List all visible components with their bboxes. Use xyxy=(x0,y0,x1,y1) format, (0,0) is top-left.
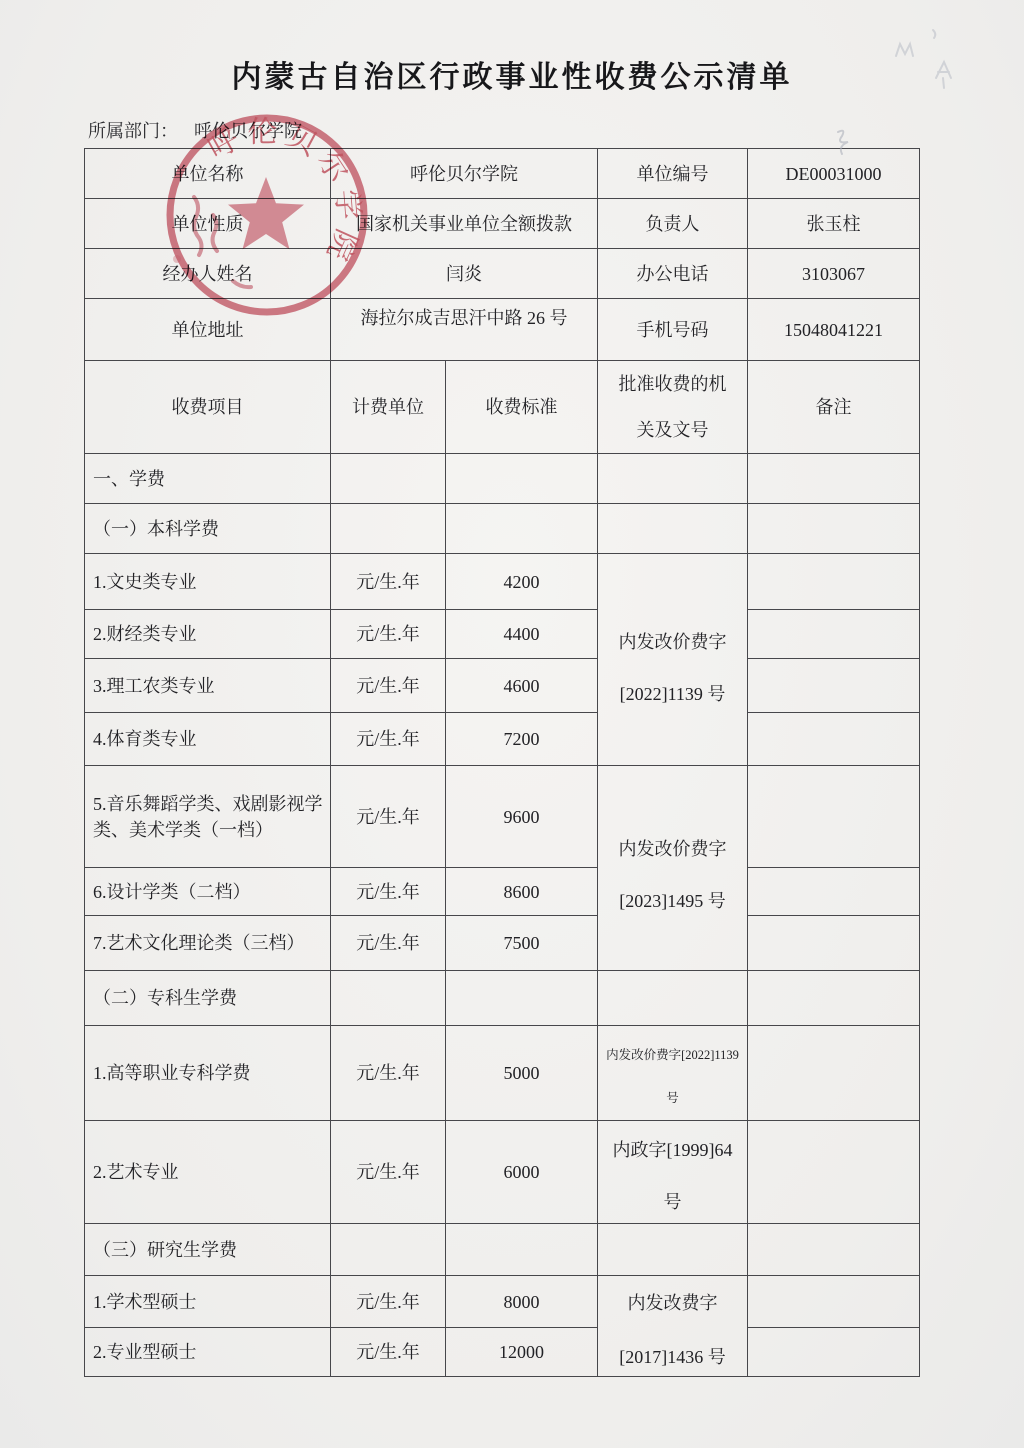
fee-value: 8000 xyxy=(446,1276,598,1328)
fee-row: 2.艺术专业 元/生.年 6000 内政字[1999]64 号 xyxy=(85,1121,920,1224)
authority-line1: 内发改费字 xyxy=(628,1290,718,1316)
fee-row: 1.文史类专业 元/生.年 4200 内发改价费字 [2022]1139 号 xyxy=(85,554,920,610)
fee-item: 1.学术型硕士 xyxy=(85,1276,331,1328)
empty-cell xyxy=(446,504,598,554)
subsection-undergrad: （一）本科学费 xyxy=(85,504,331,554)
fee-value: 12000 xyxy=(446,1328,598,1377)
fee-value: 7200 xyxy=(446,713,598,766)
fee-item: 3.理工农类专业 xyxy=(85,659,331,713)
col-header-item: 收费项目 xyxy=(85,361,331,454)
fee-item: 1.高等职业专科学费 xyxy=(85,1026,331,1121)
empty-cell xyxy=(598,971,748,1026)
fee-value: 4600 xyxy=(446,659,598,713)
fee-item: 7.艺术文化理论类（三档） xyxy=(85,916,331,971)
remark-cell xyxy=(748,1026,920,1121)
authority-cell-2017: 内发改费字 [2017]1436 号 xyxy=(598,1276,748,1377)
fee-row: 6.设计学类（二档） 元/生.年 8600 xyxy=(85,868,920,916)
section-tuition: 一、学费 xyxy=(85,454,331,504)
section-row: 一、学费 xyxy=(85,454,920,504)
official-seal: 呼伦贝尔学院 xyxy=(161,109,373,321)
empty-cell xyxy=(748,971,920,1026)
empty-cell xyxy=(598,1224,748,1276)
fee-row: 5.音乐舞蹈学类、戏剧影视学类、美术学类（一档） 元/生.年 9600 内发改价… xyxy=(85,766,920,868)
fee-row: 3.理工农类专业 元/生.年 4600 xyxy=(85,659,920,713)
fee-item: 2.专业型硕士 xyxy=(85,1328,331,1377)
fee-value: 5000 xyxy=(446,1026,598,1121)
fee-item: 5.音乐舞蹈学类、戏剧影视学类、美术学类（一档） xyxy=(85,766,331,868)
fee-row: 4.体育类专业 元/生.年 7200 xyxy=(85,713,920,766)
fee-value: 4200 xyxy=(446,554,598,610)
col-header-standard: 收费标准 xyxy=(446,361,598,454)
fee-value: 7500 xyxy=(446,916,598,971)
authority-line1: 内发改价费字 xyxy=(619,836,727,862)
col-header-unit: 计费单位 xyxy=(331,361,446,454)
empty-cell xyxy=(748,504,920,554)
person-in-charge-value: 张玉柱 xyxy=(748,199,920,249)
mobile-value: 15048041221 xyxy=(748,299,920,361)
fee-unit: 元/生.年 xyxy=(331,610,446,659)
seal-smudge xyxy=(173,255,181,263)
fee-unit: 元/生.年 xyxy=(331,766,446,868)
office-phone-value: 3103067 xyxy=(748,249,920,299)
fees-table: 单位名称 呼伦贝尔学院 单位编号 DE00031000 单位性质 国家机关事业单… xyxy=(84,148,920,1377)
remark-cell xyxy=(748,766,920,868)
remark-cell xyxy=(748,610,920,659)
fee-row: 1.学术型硕士 元/生.年 8000 内发改费字 [2017]1436 号 xyxy=(85,1276,920,1328)
remark-cell xyxy=(748,916,920,971)
scanned-document-page: 内蒙古自治区行政事业性收费公示清单 所属部门：呼伦贝尔学院 单位名称 呼伦贝尔学… xyxy=(0,0,1024,1448)
authority-line2: 号 xyxy=(666,1091,679,1106)
remark-cell xyxy=(748,868,920,916)
section-row: （三）研究生学费 xyxy=(85,1224,920,1276)
fee-row: 2.财经类专业 元/生.年 4400 xyxy=(85,610,920,659)
pencil-mark xyxy=(826,126,866,160)
empty-cell xyxy=(331,1224,446,1276)
remark-cell xyxy=(748,1328,920,1377)
fee-item: 6.设计学类（二档） xyxy=(85,868,331,916)
remark-cell xyxy=(748,1121,920,1224)
fee-item: 4.体育类专业 xyxy=(85,713,331,766)
fee-row: 1.高等职业专科学费 元/生.年 5000 内发改价费字[2022]1139 号 xyxy=(85,1026,920,1121)
seal-arc-text: 呼伦贝尔学院 xyxy=(202,116,365,271)
fee-unit: 元/生.年 xyxy=(331,868,446,916)
office-phone-label: 办公电话 xyxy=(598,249,748,299)
mobile-label: 手机号码 xyxy=(598,299,748,361)
fee-value: 4400 xyxy=(446,610,598,659)
fee-unit: 元/生.年 xyxy=(331,713,446,766)
page-title: 内蒙古自治区行政事业性收费公示清单 xyxy=(0,52,1024,96)
empty-cell xyxy=(446,971,598,1026)
remark-cell xyxy=(748,659,920,713)
unit-code-label: 单位编号 xyxy=(598,149,748,199)
empty-cell xyxy=(446,1224,598,1276)
fee-unit: 元/生.年 xyxy=(331,554,446,610)
header-row: 收费项目 计费单位 收费标准 批准收费的机 关及文号 备注 xyxy=(85,361,920,454)
authority-line2: 号 xyxy=(664,1189,682,1215)
col-header-authority-line1: 批准收费的机 xyxy=(598,371,747,397)
remark-cell xyxy=(748,1276,920,1328)
empty-cell xyxy=(748,454,920,504)
authority-line1: 内发改价费字[2022]1139 xyxy=(606,1048,739,1063)
remark-cell xyxy=(748,713,920,766)
fee-item: 1.文史类专业 xyxy=(85,554,331,610)
authority-line1: 内政字[1999]64 xyxy=(613,1137,733,1163)
col-header-authority: 批准收费的机 关及文号 xyxy=(598,361,748,454)
empty-cell xyxy=(598,454,748,504)
remark-cell xyxy=(748,554,920,610)
authority-line1: 内发改价费字 xyxy=(619,629,727,655)
fee-value: 6000 xyxy=(446,1121,598,1224)
authority-line2: [2017]1436 号 xyxy=(619,1344,726,1370)
empty-cell xyxy=(748,1224,920,1276)
fee-unit: 元/生.年 xyxy=(331,1121,446,1224)
col-header-remark: 备注 xyxy=(748,361,920,454)
fee-item: 2.艺术专业 xyxy=(85,1121,331,1224)
fee-row: 7.艺术文化理论类（三档） 元/生.年 7500 xyxy=(85,916,920,971)
authority-cell-2023: 内发改价费字 [2023]1495 号 xyxy=(598,766,748,971)
fee-value: 8600 xyxy=(446,868,598,916)
pencil-mark xyxy=(878,28,988,138)
authority-cell-2022: 内发改价费字 [2022]1139 号 xyxy=(598,554,748,766)
authority-line2: [2023]1495 号 xyxy=(619,888,726,914)
authority-line2: [2022]1139 号 xyxy=(620,681,726,707)
fee-row: 2.专业型硕士 元/生.年 12000 xyxy=(85,1328,920,1377)
fee-value: 9600 xyxy=(446,766,598,868)
fee-item: 2.财经类专业 xyxy=(85,610,331,659)
section-row: （二）专科生学费 xyxy=(85,971,920,1026)
fee-unit: 元/生.年 xyxy=(331,659,446,713)
subsection-college: （二）专科生学费 xyxy=(85,971,331,1026)
empty-cell xyxy=(446,454,598,504)
section-row: （一）本科学费 xyxy=(85,504,920,554)
seal-star-icon xyxy=(228,177,304,249)
empty-cell xyxy=(331,504,446,554)
fee-unit: 元/生.年 xyxy=(331,916,446,971)
authority-cell-college: 内发改价费字[2022]1139 号 xyxy=(598,1026,748,1121)
empty-cell xyxy=(598,504,748,554)
person-in-charge-label: 负责人 xyxy=(598,199,748,249)
fee-unit: 元/生.年 xyxy=(331,1026,446,1121)
fee-unit: 元/生.年 xyxy=(331,1328,446,1377)
empty-cell xyxy=(331,454,446,504)
authority-cell-1999: 内政字[1999]64 号 xyxy=(598,1121,748,1224)
subsection-graduate: （三）研究生学费 xyxy=(85,1224,331,1276)
empty-cell xyxy=(331,971,446,1026)
fee-unit: 元/生.年 xyxy=(331,1276,446,1328)
col-header-authority-line2: 关及文号 xyxy=(598,417,747,443)
